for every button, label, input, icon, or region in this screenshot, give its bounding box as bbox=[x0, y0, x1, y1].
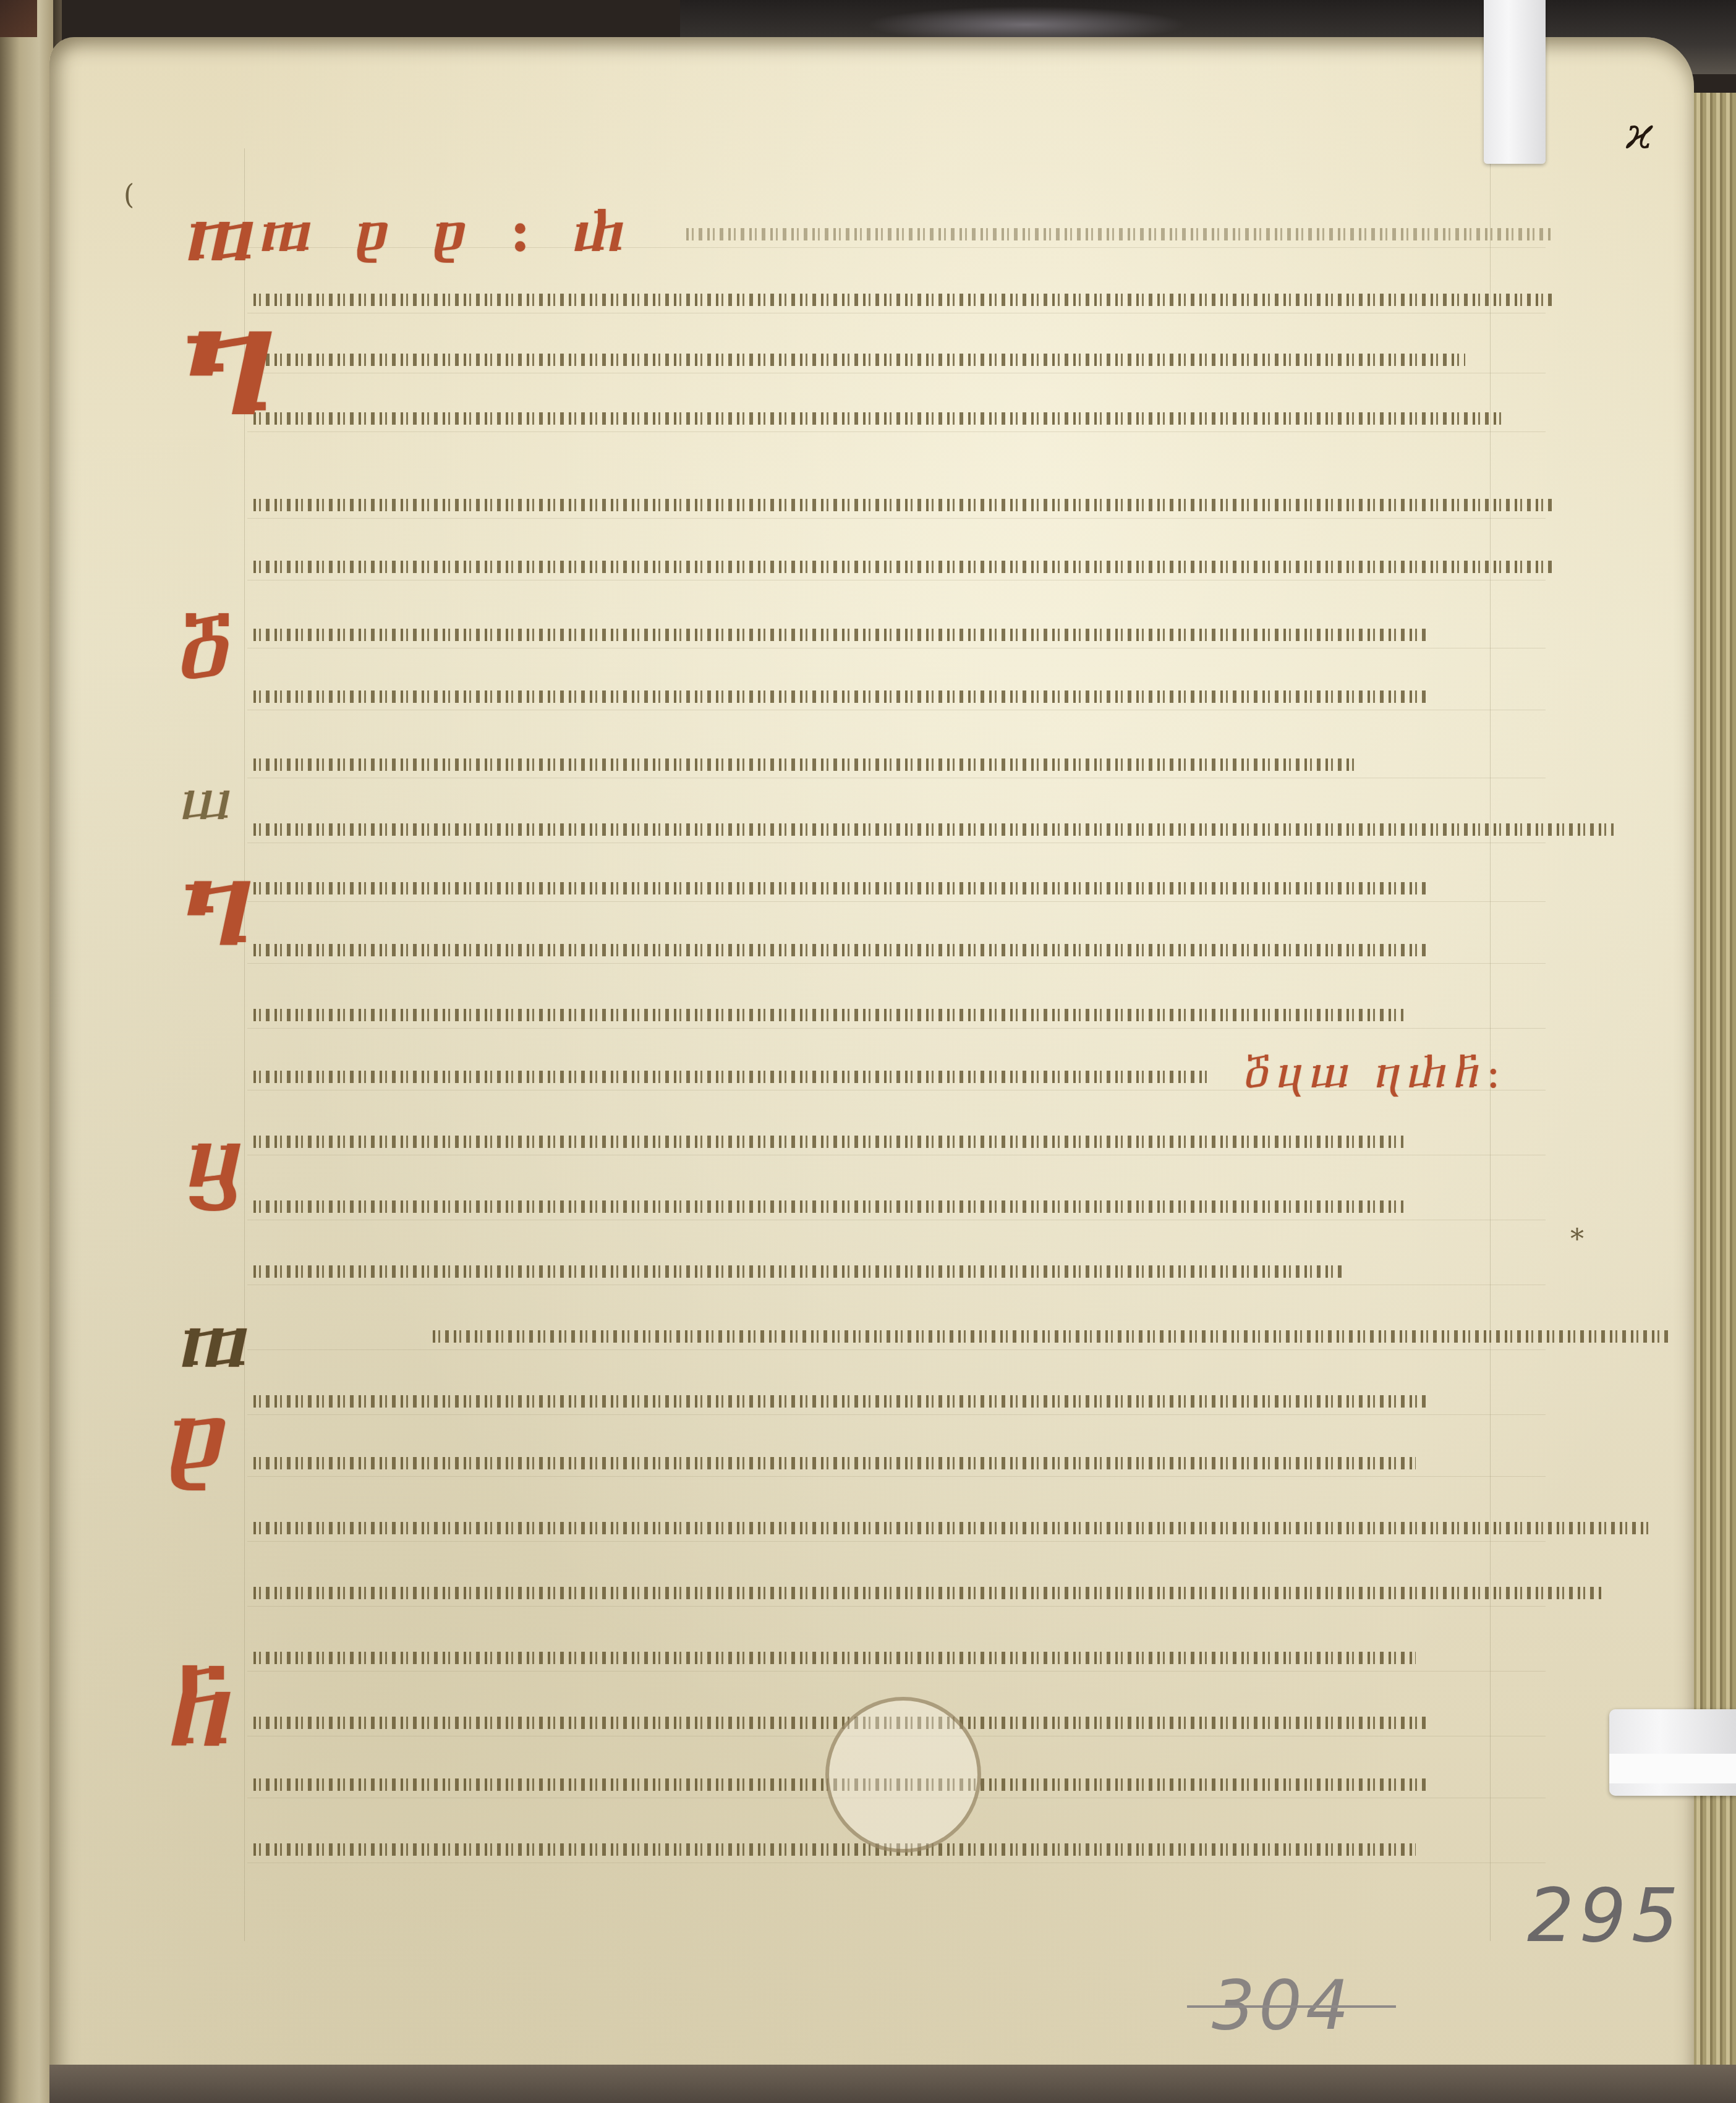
rubric-initial-6: ⴁ bbox=[185, 1113, 244, 1205]
inline-rubric: ⴃⴗⴍ ⴄⴐⴌ: bbox=[1243, 1051, 1505, 1094]
text-line-20 bbox=[253, 1453, 1416, 1475]
text-line-21 bbox=[253, 1518, 1651, 1540]
text-line-26 bbox=[253, 1839, 1416, 1861]
ruling-line bbox=[247, 1541, 1546, 1542]
margin-mark-asterisk: * bbox=[1570, 1224, 1584, 1255]
text-line-22 bbox=[253, 1583, 1601, 1605]
ruling-line bbox=[247, 648, 1546, 648]
text-line-19 bbox=[253, 1391, 1428, 1413]
ruling-line bbox=[247, 1349, 1546, 1350]
ruling-line bbox=[247, 1155, 1546, 1155]
rubric-initial-7: ⴊ bbox=[179, 1304, 251, 1379]
text-line-16 bbox=[253, 1196, 1403, 1218]
text-line-17 bbox=[253, 1261, 1342, 1283]
text-line-3 bbox=[253, 349, 1465, 372]
ruling-line bbox=[247, 1863, 1546, 1863]
ruling-line bbox=[247, 373, 1546, 373]
ruling-line bbox=[247, 1285, 1546, 1285]
rubric-initial-8: ⴒ bbox=[167, 1385, 231, 1484]
ruling-line bbox=[247, 778, 1546, 778]
folio-mark-ink: ϰ bbox=[1626, 108, 1653, 159]
rubric-initial-5: ⴈ bbox=[179, 841, 255, 964]
text-line-8 bbox=[253, 686, 1428, 708]
folio-number-struck: 304 bbox=[1212, 1966, 1353, 2045]
ruling-line bbox=[247, 901, 1546, 902]
bookmark-tab-right[interactable] bbox=[1609, 1709, 1736, 1796]
ruling-line bbox=[247, 518, 1546, 519]
text-line-7 bbox=[253, 624, 1428, 647]
ruling-line bbox=[247, 580, 1546, 580]
rubric-initial-3: ⴃ bbox=[176, 606, 233, 692]
text-line-10 bbox=[253, 819, 1614, 841]
text-line-13 bbox=[253, 1005, 1403, 1027]
text-line-5 bbox=[253, 495, 1552, 517]
text-line-18 bbox=[433, 1326, 1669, 1348]
text-line-11 bbox=[253, 878, 1428, 900]
ruling-line bbox=[247, 431, 1546, 432]
ruling-line bbox=[247, 843, 1546, 843]
margin-mark-top: ( bbox=[124, 179, 134, 211]
ruling-line bbox=[247, 1476, 1546, 1477]
text-line-4 bbox=[253, 408, 1502, 430]
previous-page-edge bbox=[0, 0, 56, 2103]
ruling-line bbox=[247, 1671, 1546, 1672]
ruling-line bbox=[247, 1414, 1546, 1415]
book-bottom-edge bbox=[49, 2065, 1736, 2103]
ruling-line bbox=[247, 710, 1546, 710]
text-line-12 bbox=[253, 940, 1428, 962]
text-line-15 bbox=[253, 1131, 1403, 1153]
text-line-9 bbox=[253, 754, 1354, 776]
rubric-initial-1: ⴊ bbox=[185, 198, 257, 272]
rubric-initial-4: ⴍ bbox=[179, 773, 233, 828]
text-line-23 bbox=[253, 1647, 1416, 1670]
rubric-initial-9: ⴌ bbox=[167, 1657, 235, 1762]
text-line-1 bbox=[686, 224, 1552, 246]
text-line-14 bbox=[253, 1066, 1212, 1089]
text-line-2 bbox=[253, 289, 1552, 312]
binding-thread bbox=[0, 0, 37, 37]
ruling-line bbox=[247, 1028, 1546, 1029]
strike-line bbox=[1187, 2005, 1396, 2008]
ruling-line bbox=[247, 1606, 1546, 1607]
rubric-initial-2: ⴈ bbox=[179, 278, 278, 439]
water-stain-ring bbox=[825, 1697, 981, 1853]
heading-rubric: ⴊ ⴒ ⴒ : ⴐ bbox=[260, 204, 637, 260]
ruling-line bbox=[247, 963, 1546, 964]
bookmark-tab-top[interactable] bbox=[1484, 0, 1546, 164]
text-line-6 bbox=[253, 556, 1552, 579]
folio-number-pencil: 295 bbox=[1527, 1873, 1683, 1959]
ruling-line bbox=[247, 313, 1546, 313]
ruling-line bbox=[247, 1220, 1546, 1220]
